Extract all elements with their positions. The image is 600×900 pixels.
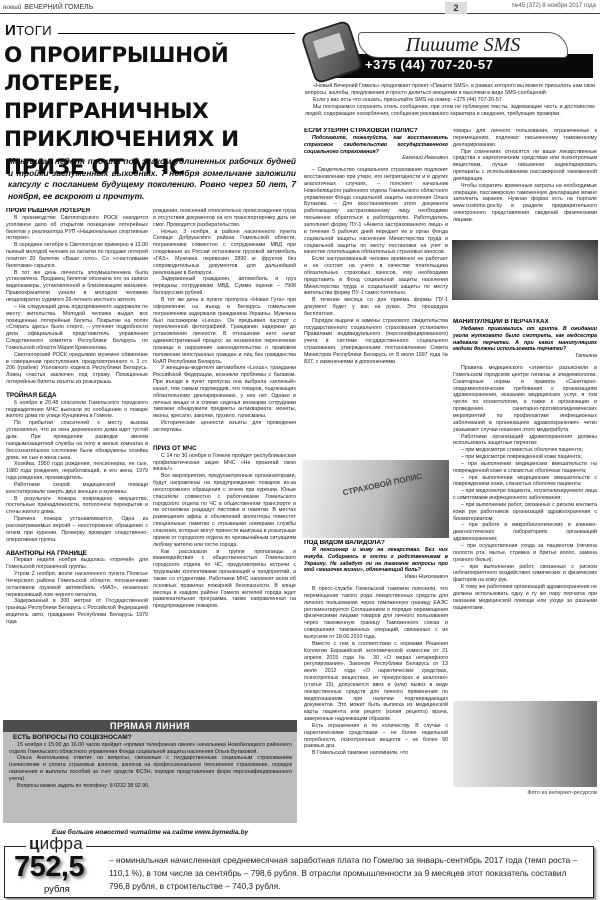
pills-in-hand-photo — [452, 240, 598, 300]
newspaper-brand: новыйВЕЧЕРНИЙ ГОМЕЛЬ — [3, 3, 93, 11]
figure-value: 752,5 — [14, 851, 84, 884]
subhead-lost-insurance: ЕСЛИ УТЕРЯН СТРАХОВОЙ ПОЛИС? — [304, 128, 448, 135]
page-number: 2 — [445, 2, 467, 14]
subhead-lottery: ПРОИГРЫШНАЯ ЛОТЕРЕЯ — [6, 208, 148, 215]
figure-box: цифра 752,5 рубля – номинальная начислен… — [4, 838, 596, 900]
issue-info: №45 (372) 8 ноября 2017 года — [512, 3, 596, 9]
qa-column-2-bottom: МАНИПУЛЯЦИИ В ПЕРЧАТКАХ Недавно прививал… — [453, 319, 597, 701]
page-header: новыйВЕЧЕРНИЙ ГОМЕЛЬ 2 №45 (372) 8 ноябр… — [0, 0, 600, 14]
photo-caption: Фото из интернет-ресурсов — [453, 790, 597, 796]
qa-column-2-top: товары для личного пользования, ограниче… — [453, 128, 597, 238]
article-column-2: рождения, пояснений относительно происхо… — [153, 208, 296, 713]
qa-column-1-bottom: ПОД ВИДОМ ВАЛИДОЛА? Я пенсионер и живу н… — [304, 540, 448, 858]
direct-line-heading: ЕСТЬ ВОПРОСЫ ПО СОЦВЗНОСАМ? — [13, 735, 292, 742]
sms-phone-number: +375 (44) 707-20-57 — [365, 57, 493, 72]
medical-gloves-photo — [453, 701, 597, 787]
subhead-gloves: МАНИПУЛЯЦИИ В ПЕРЧАТКАХ — [453, 319, 597, 326]
figure-description: – номинальная начисленная среднемесячная… — [109, 854, 589, 893]
sms-banner: Пишите SMS +375 (44) 707-20-57 — [303, 20, 598, 80]
subhead-triple-trouble: ТРОЙНАЯ БЕДА — [6, 393, 148, 400]
section-rubric: ИТОГИ — [5, 22, 295, 39]
subhead-validol: ПОД ВИДОМ ВАЛИДОЛА? — [304, 540, 448, 547]
qa-column-1-top: ЕСЛИ УТЕРЯН СТРАХОВОЙ ПОЛИС? Подскажите,… — [304, 128, 448, 458]
figure-unit: рубля — [44, 884, 70, 895]
direct-line-title: ПРЯМАЯ ЛИНИЯ — [3, 720, 297, 732]
subhead-mchs-prize: ПРИЗ ОТ МЧС — [153, 446, 296, 453]
sms-banner-title: Пишите SMS — [358, 32, 568, 58]
article-column-1: ПРОИГРЫШНАЯ ЛОТЕРЕЯ В производстве Светл… — [6, 208, 148, 713]
rubric-rule — [58, 33, 295, 35]
insurance-policy-photo: СТРАХОВОЙ ПОЛИС — [302, 460, 449, 538]
lead-paragraph: Минувшая неделя прошла под знаком удлине… — [8, 156, 296, 202]
direct-line-box: ПРЯМАЯ ЛИНИЯ ЕСТЬ ВОПРОСЫ ПО СОЦВЗНОСАМ?… — [3, 720, 297, 823]
sms-intro: «Новый Вечерний Гомель» продолжает проек… — [305, 83, 595, 118]
